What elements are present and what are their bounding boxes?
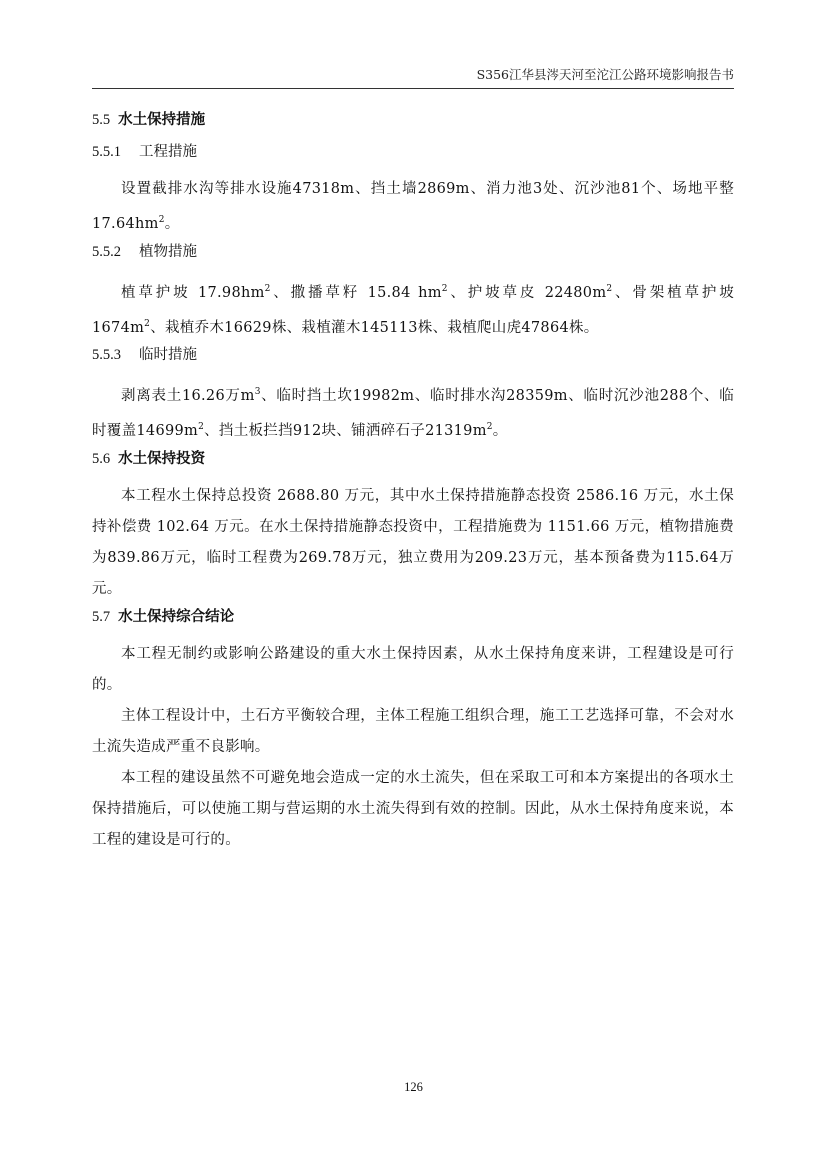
text: 、护坡草皮 22480m (448, 285, 607, 301)
paragraph-engineering-measures: 设置截排水沟等排水设施47318m、挡土墙2869m、消力池3处、沉沙池81个、… (92, 174, 734, 240)
paragraph-investment: 本工程水土保持总投资 2688.80 万元，其中水土保持措施静态投资 2586.… (92, 481, 734, 605)
text: 、栽植乔木16629株、栽植灌木145113株、栽植爬山虎47864株。 (150, 319, 598, 335)
paragraph-conclusion-2: 主体工程设计中，土石方平衡较合理，主体工程施工组织合理，施工工艺选择可靠，不会对… (92, 701, 734, 763)
paragraph-plant-measures: 植草护坡 17.98hm2、撒播草籽 15.84 hm2、护坡草皮 22480m… (92, 274, 734, 344)
text: 、挡土板拦挡912块、铺洒碎石子21319m (204, 423, 487, 439)
text: 。 (165, 216, 180, 232)
section-heading-5-5-1: 5.5.1工程措施 (92, 142, 734, 174)
section-heading-5-5-2: 5.5.2植物措施 (92, 242, 734, 274)
section-number: 5.5.2 (92, 244, 121, 260)
section-title: 临时措施 (139, 347, 197, 363)
paragraph-temporary-measures: 剥离表土16.26万m3、临时挡土坎19982m、临时排水沟28359m、临时沉… (92, 377, 734, 447)
section-number: 5.5 (92, 112, 110, 128)
section-title: 水土保持措施 (118, 112, 205, 128)
text: 。 (493, 423, 508, 439)
section-number: 5.6 (92, 451, 110, 467)
section-heading-5-7: 5.7水土保持综合结论 (92, 607, 734, 639)
section-number: 5.7 (92, 609, 110, 625)
section-heading-5-6: 5.6水土保持投资 (92, 449, 734, 481)
page-header: S356江华县涔天河至沱江公路环境影响报告书 (92, 66, 734, 89)
text: 设置截排水沟等排水设施47318m、挡土墙2869m、消力池3处、沉沙池81个、… (92, 181, 734, 232)
section-heading-5-5: 5.5水土保持措施 (92, 110, 734, 142)
text: 植草护坡 17.98hm (121, 285, 265, 301)
paragraph-conclusion-3: 本工程的建设虽然不可避免地会造成一定的水土流失，但在采取工可和本方案提出的各项水… (92, 763, 734, 856)
section-title: 水土保持投资 (118, 451, 205, 467)
paragraph-conclusion-1: 本工程无制约或影响公路建设的重大水土保持因素，从水土保持角度来讲，工程建设是可行… (92, 639, 734, 701)
section-title: 植物措施 (139, 244, 197, 260)
section-heading-5-5-3: 5.5.3临时措施 (92, 345, 734, 377)
text: 、撒播草籽 15.84 hm (271, 285, 442, 301)
page-content: 5.5水土保持措施 5.5.1工程措施 设置截排水沟等排水设施47318m、挡土… (92, 110, 734, 856)
section-number: 5.5.3 (92, 347, 121, 363)
text: 剥离表土16.26万m (121, 388, 255, 404)
section-title: 水土保持综合结论 (118, 609, 234, 625)
section-title: 工程措施 (139, 144, 197, 160)
section-number: 5.5.1 (92, 144, 121, 160)
page-number: 126 (0, 1080, 827, 1095)
document-title: S356江华县涔天河至沱江公路环境影响报告书 (477, 67, 734, 82)
